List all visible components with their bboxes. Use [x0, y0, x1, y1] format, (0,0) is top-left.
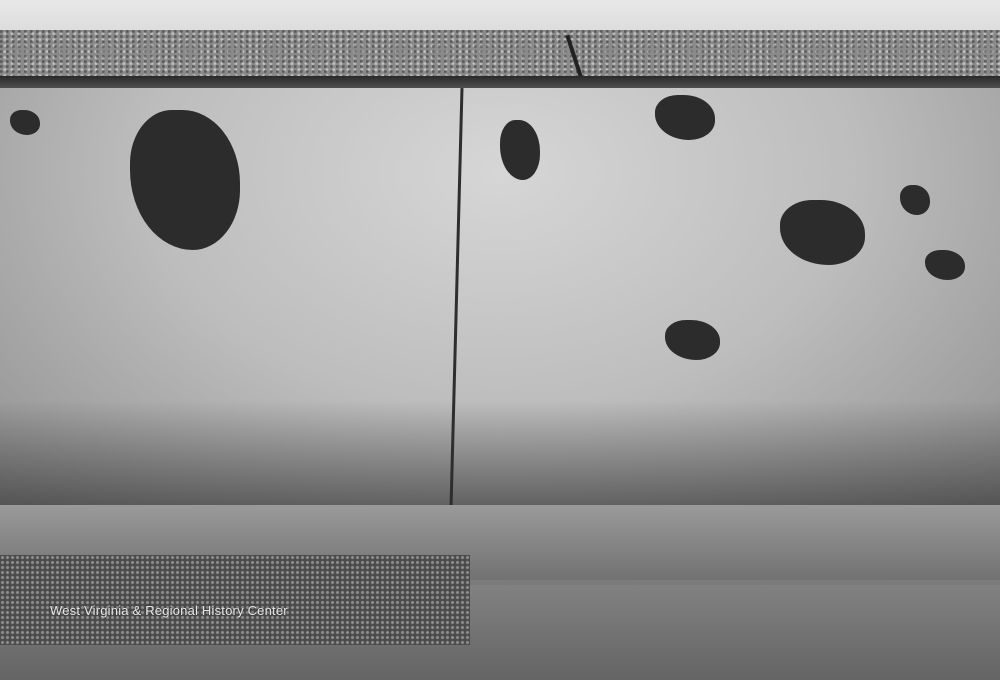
photograph: West Virginia & Regional History Center: [0, 0, 1000, 680]
watermark: West Virginia & Regional History Center: [50, 603, 288, 618]
sky-strip: [0, 0, 1000, 32]
gravel-bed: [0, 555, 470, 645]
wall-grime: [0, 400, 1000, 520]
gravel-coping: [0, 30, 1000, 82]
